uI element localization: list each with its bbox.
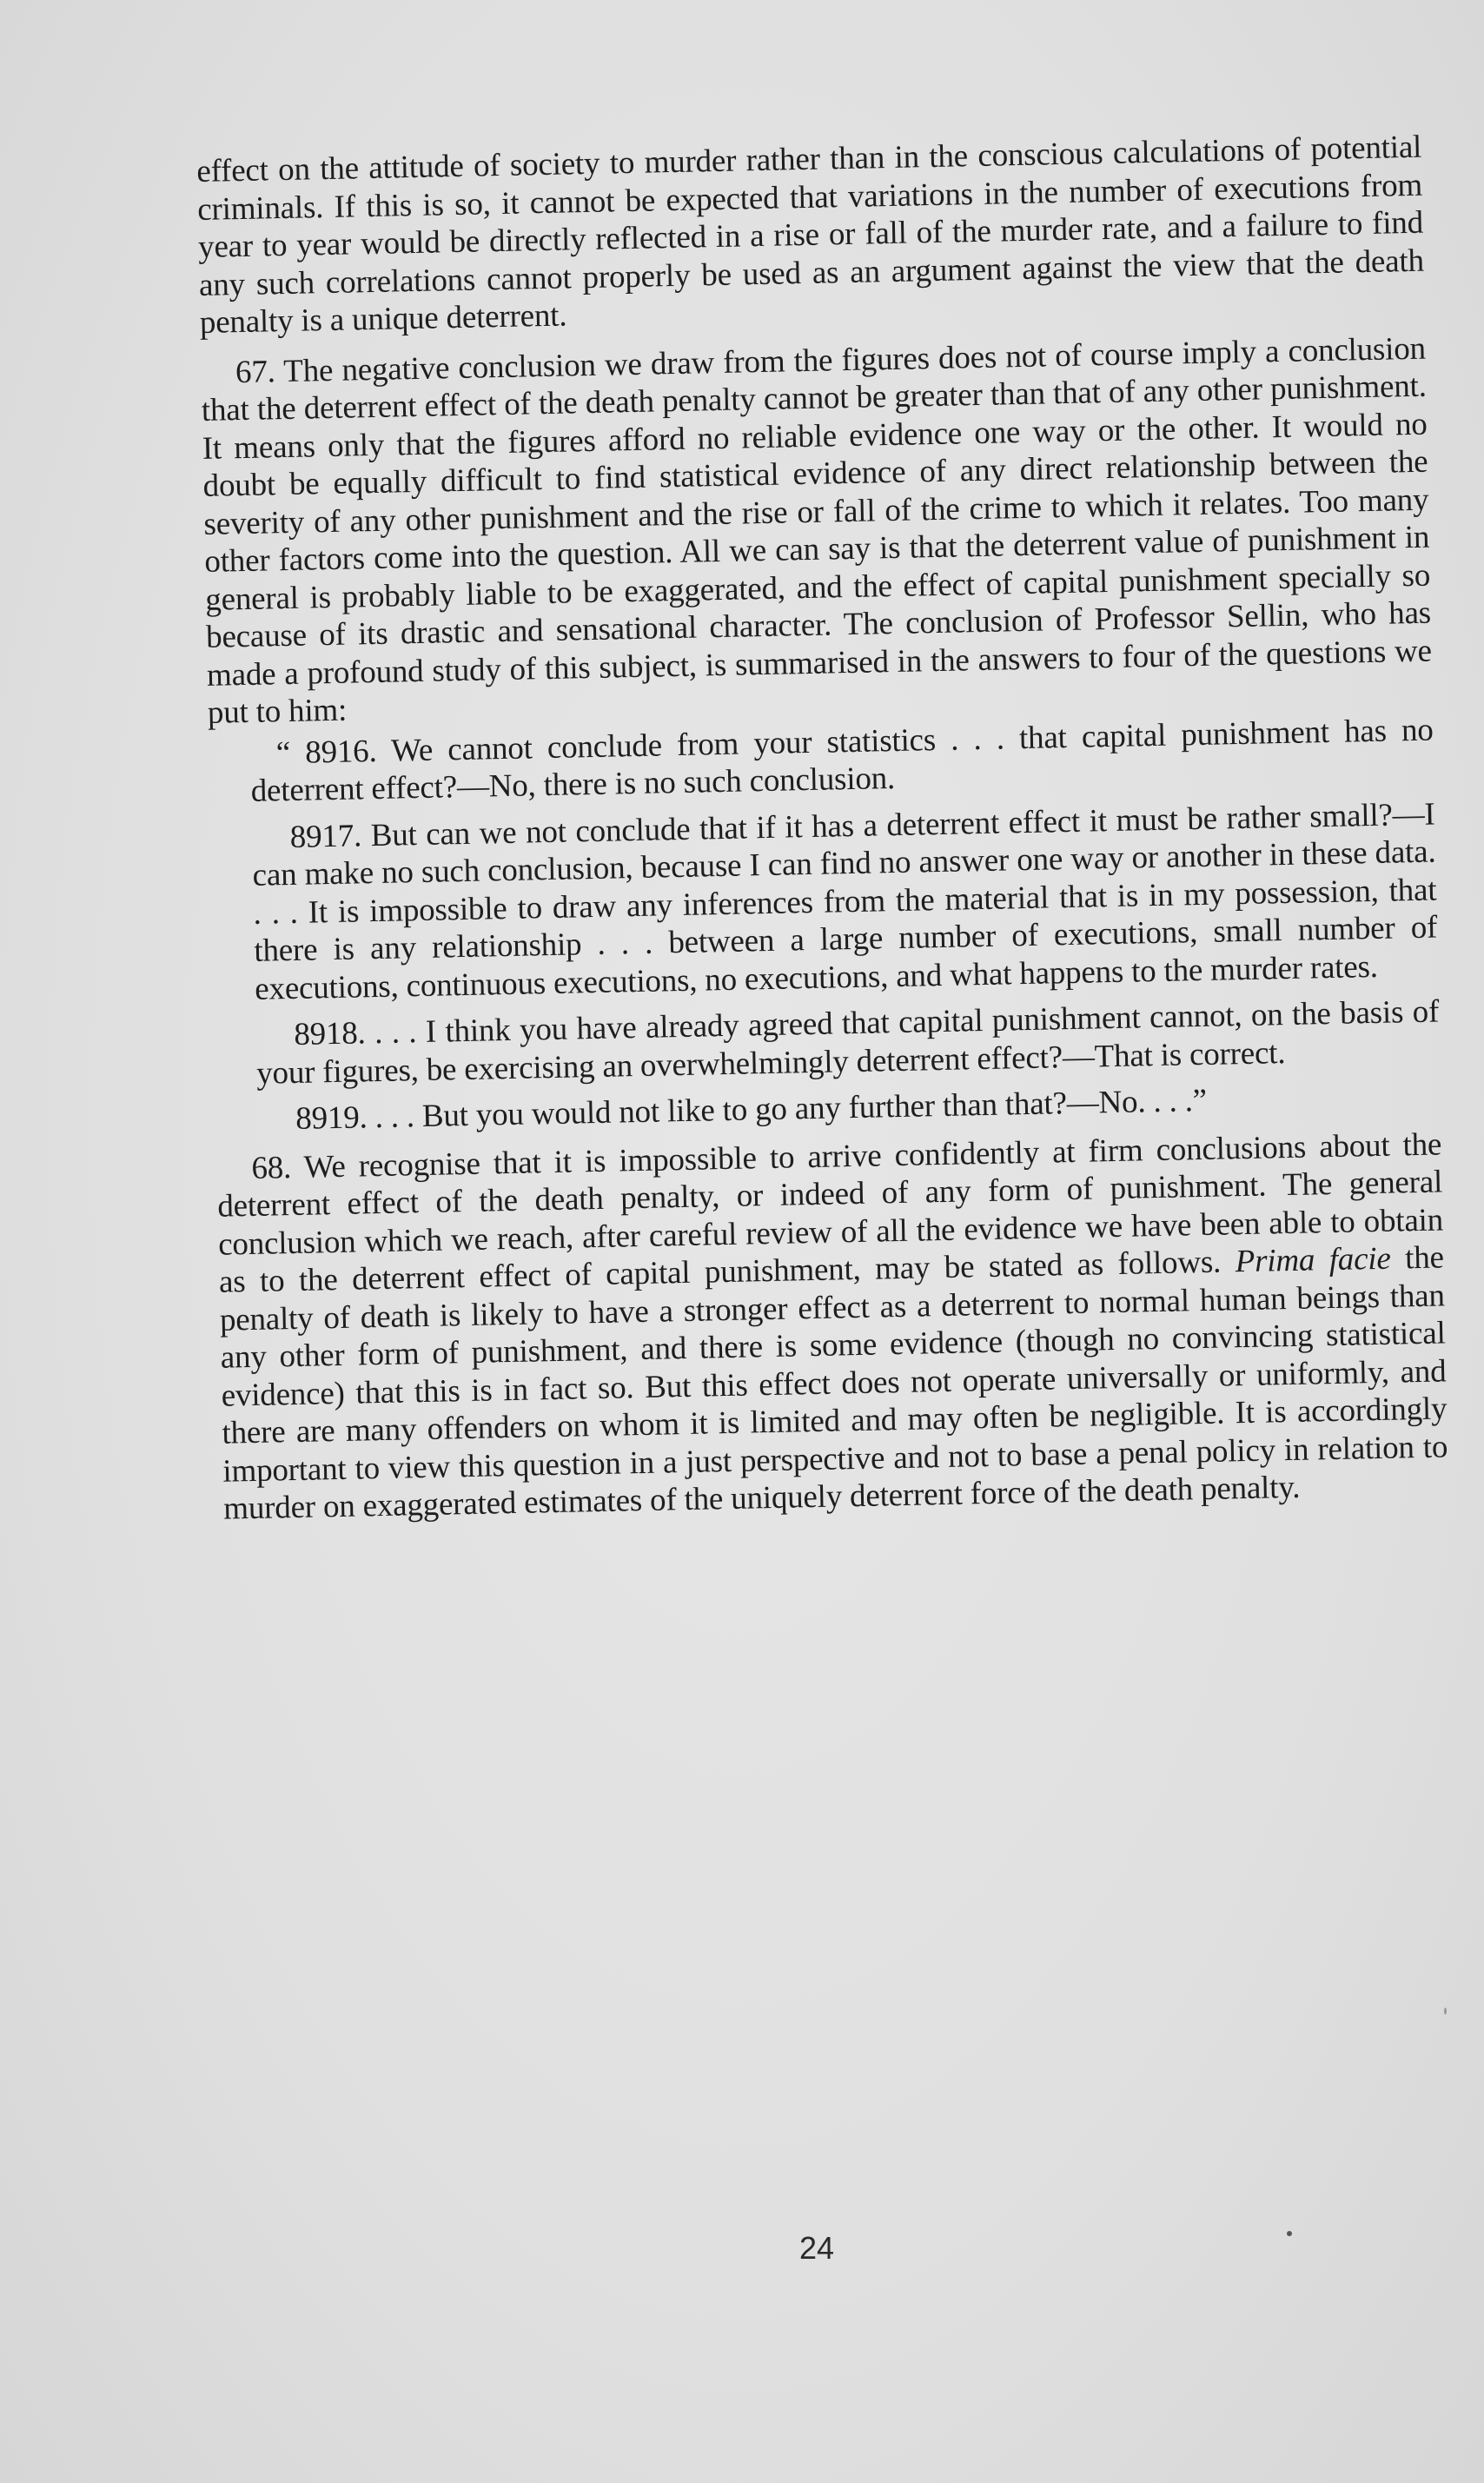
page-number: 24 [799, 2230, 834, 2267]
body-text: effect on the attitude of society to mur… [196, 129, 1448, 1528]
italic-phrase: Prima facie [1235, 1241, 1391, 1280]
paper-speck [1444, 2008, 1447, 2015]
paragraph-68: 68. We recognise that it is impossible t… [216, 1125, 1448, 1528]
quote-8918: 8918. . . . I think you have already agr… [255, 993, 1440, 1092]
paragraph-number: 68. [251, 1150, 291, 1186]
paragraph-text: The negative conclusion we draw from the… [202, 330, 1433, 731]
paper-speck [1287, 2231, 1292, 2236]
continuation-paragraph: effect on the attitude of society to mur… [196, 129, 1425, 342]
paragraph-number: 67. [235, 354, 275, 390]
testimony-quote: “ 8916. We cannot conclude from your sta… [249, 711, 1441, 1139]
quote-8917: 8917. But can we not conclude that if it… [251, 795, 1438, 1008]
paragraph-67: 67. The negative conclusion we draw from… [201, 329, 1433, 732]
